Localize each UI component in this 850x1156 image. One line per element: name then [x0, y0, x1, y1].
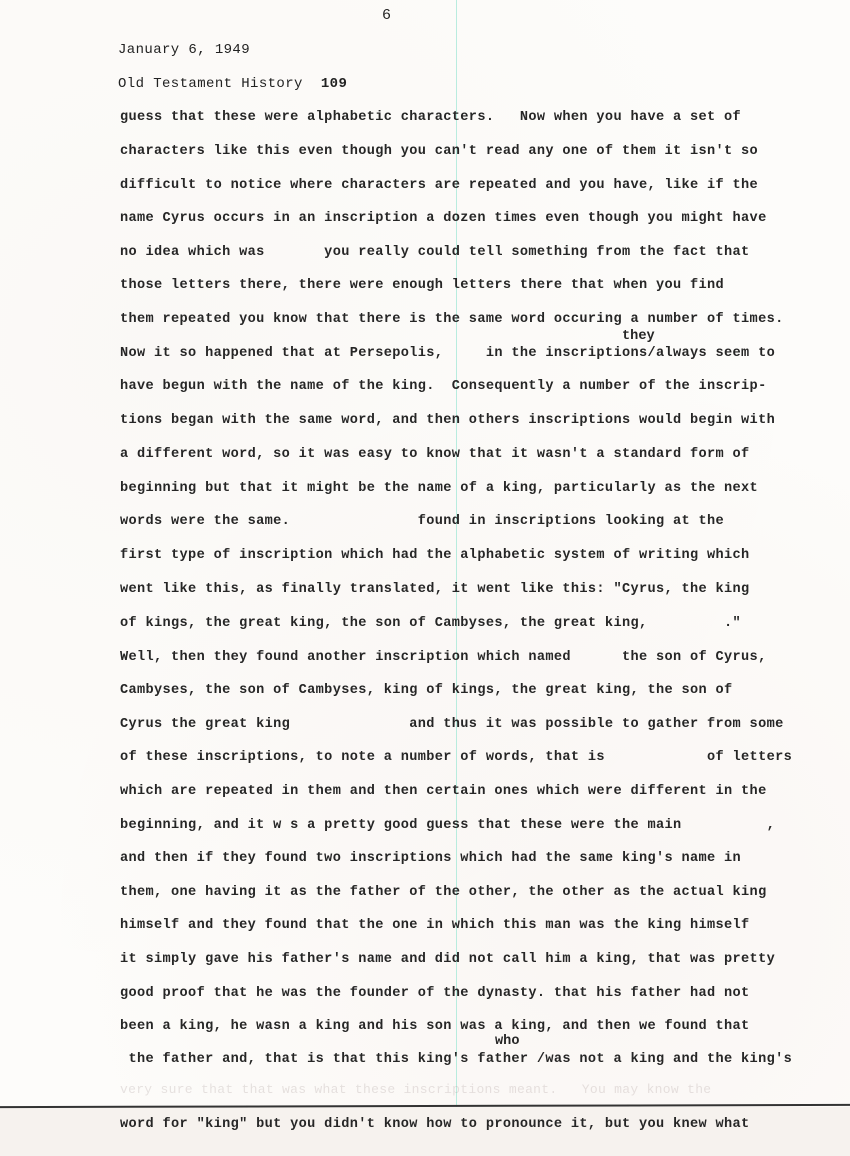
document-page: 6 January 6, 1949 Old Testament History1… [0, 0, 850, 1156]
text-line: name Cyrus occurs in an inscription a do… [120, 211, 767, 226]
text-line: Cyrus the great king and thus it was pos… [120, 717, 784, 732]
document-date: January 6, 1949 [118, 42, 250, 58]
text-line: himself and they found that the one in w… [120, 918, 750, 933]
text-line: first type of inscription which had the … [120, 548, 750, 563]
scan-artifact-line [456, 0, 457, 1156]
text-line-lower-sheet: word for "king" but you didn't know how … [120, 1117, 750, 1132]
text-line: guess that these were alphabetic charact… [120, 110, 741, 125]
course-heading: Old Testament History109 [118, 76, 347, 92]
show-through-text: very sure that that was what these inscr… [120, 1082, 711, 1097]
page-number: 6 [382, 7, 392, 24]
text-line: of kings, the great king, the son of Cam… [120, 616, 741, 631]
text-line: words were the same. found in inscriptio… [120, 514, 724, 529]
interlinear-correction: they [622, 329, 655, 344]
text-line: and then if they found two inscriptions … [120, 851, 741, 866]
text-line: a different word, so it was easy to know… [120, 447, 750, 462]
text-line: those letters there, there were enough l… [120, 278, 724, 293]
text-line: beginning, and it w s a pretty good gues… [120, 818, 775, 833]
text-line: no idea which was you really could tell … [120, 245, 750, 260]
text-line: Well, then they found another inscriptio… [120, 650, 767, 665]
text-line: the father and, that is that this king's… [120, 1052, 792, 1067]
text-line: tions began with the same word, and then… [120, 413, 775, 428]
text-line: of these inscriptions, to note a number … [120, 750, 792, 765]
text-line: difficult to notice where characters are… [120, 178, 758, 193]
text-line: went like this, as finally translated, i… [120, 582, 750, 597]
text-line: them, one having it as the father of the… [120, 885, 767, 900]
text-line: beginning but that it might be the name … [120, 481, 758, 496]
text-line: characters like this even though you can… [120, 144, 758, 159]
course-title: Old Testament History [118, 76, 303, 92]
text-line: been a king, he wasn a king and his son … [120, 1019, 750, 1034]
text-line: which are repeated in them and then cert… [120, 784, 767, 799]
text-line: Now it so happened that at Persepolis, i… [120, 346, 775, 361]
interlinear-correction: who [495, 1034, 519, 1049]
text-line: have begun with the name of the king. Co… [120, 379, 767, 394]
course-number: 109 [321, 76, 347, 92]
text-line: good proof that he was the founder of th… [120, 986, 750, 1001]
text-line: it simply gave his father's name and did… [120, 952, 775, 967]
text-line: Cambyses, the son of Cambyses, king of k… [120, 683, 733, 698]
text-line: them repeated you know that there is the… [120, 312, 784, 327]
